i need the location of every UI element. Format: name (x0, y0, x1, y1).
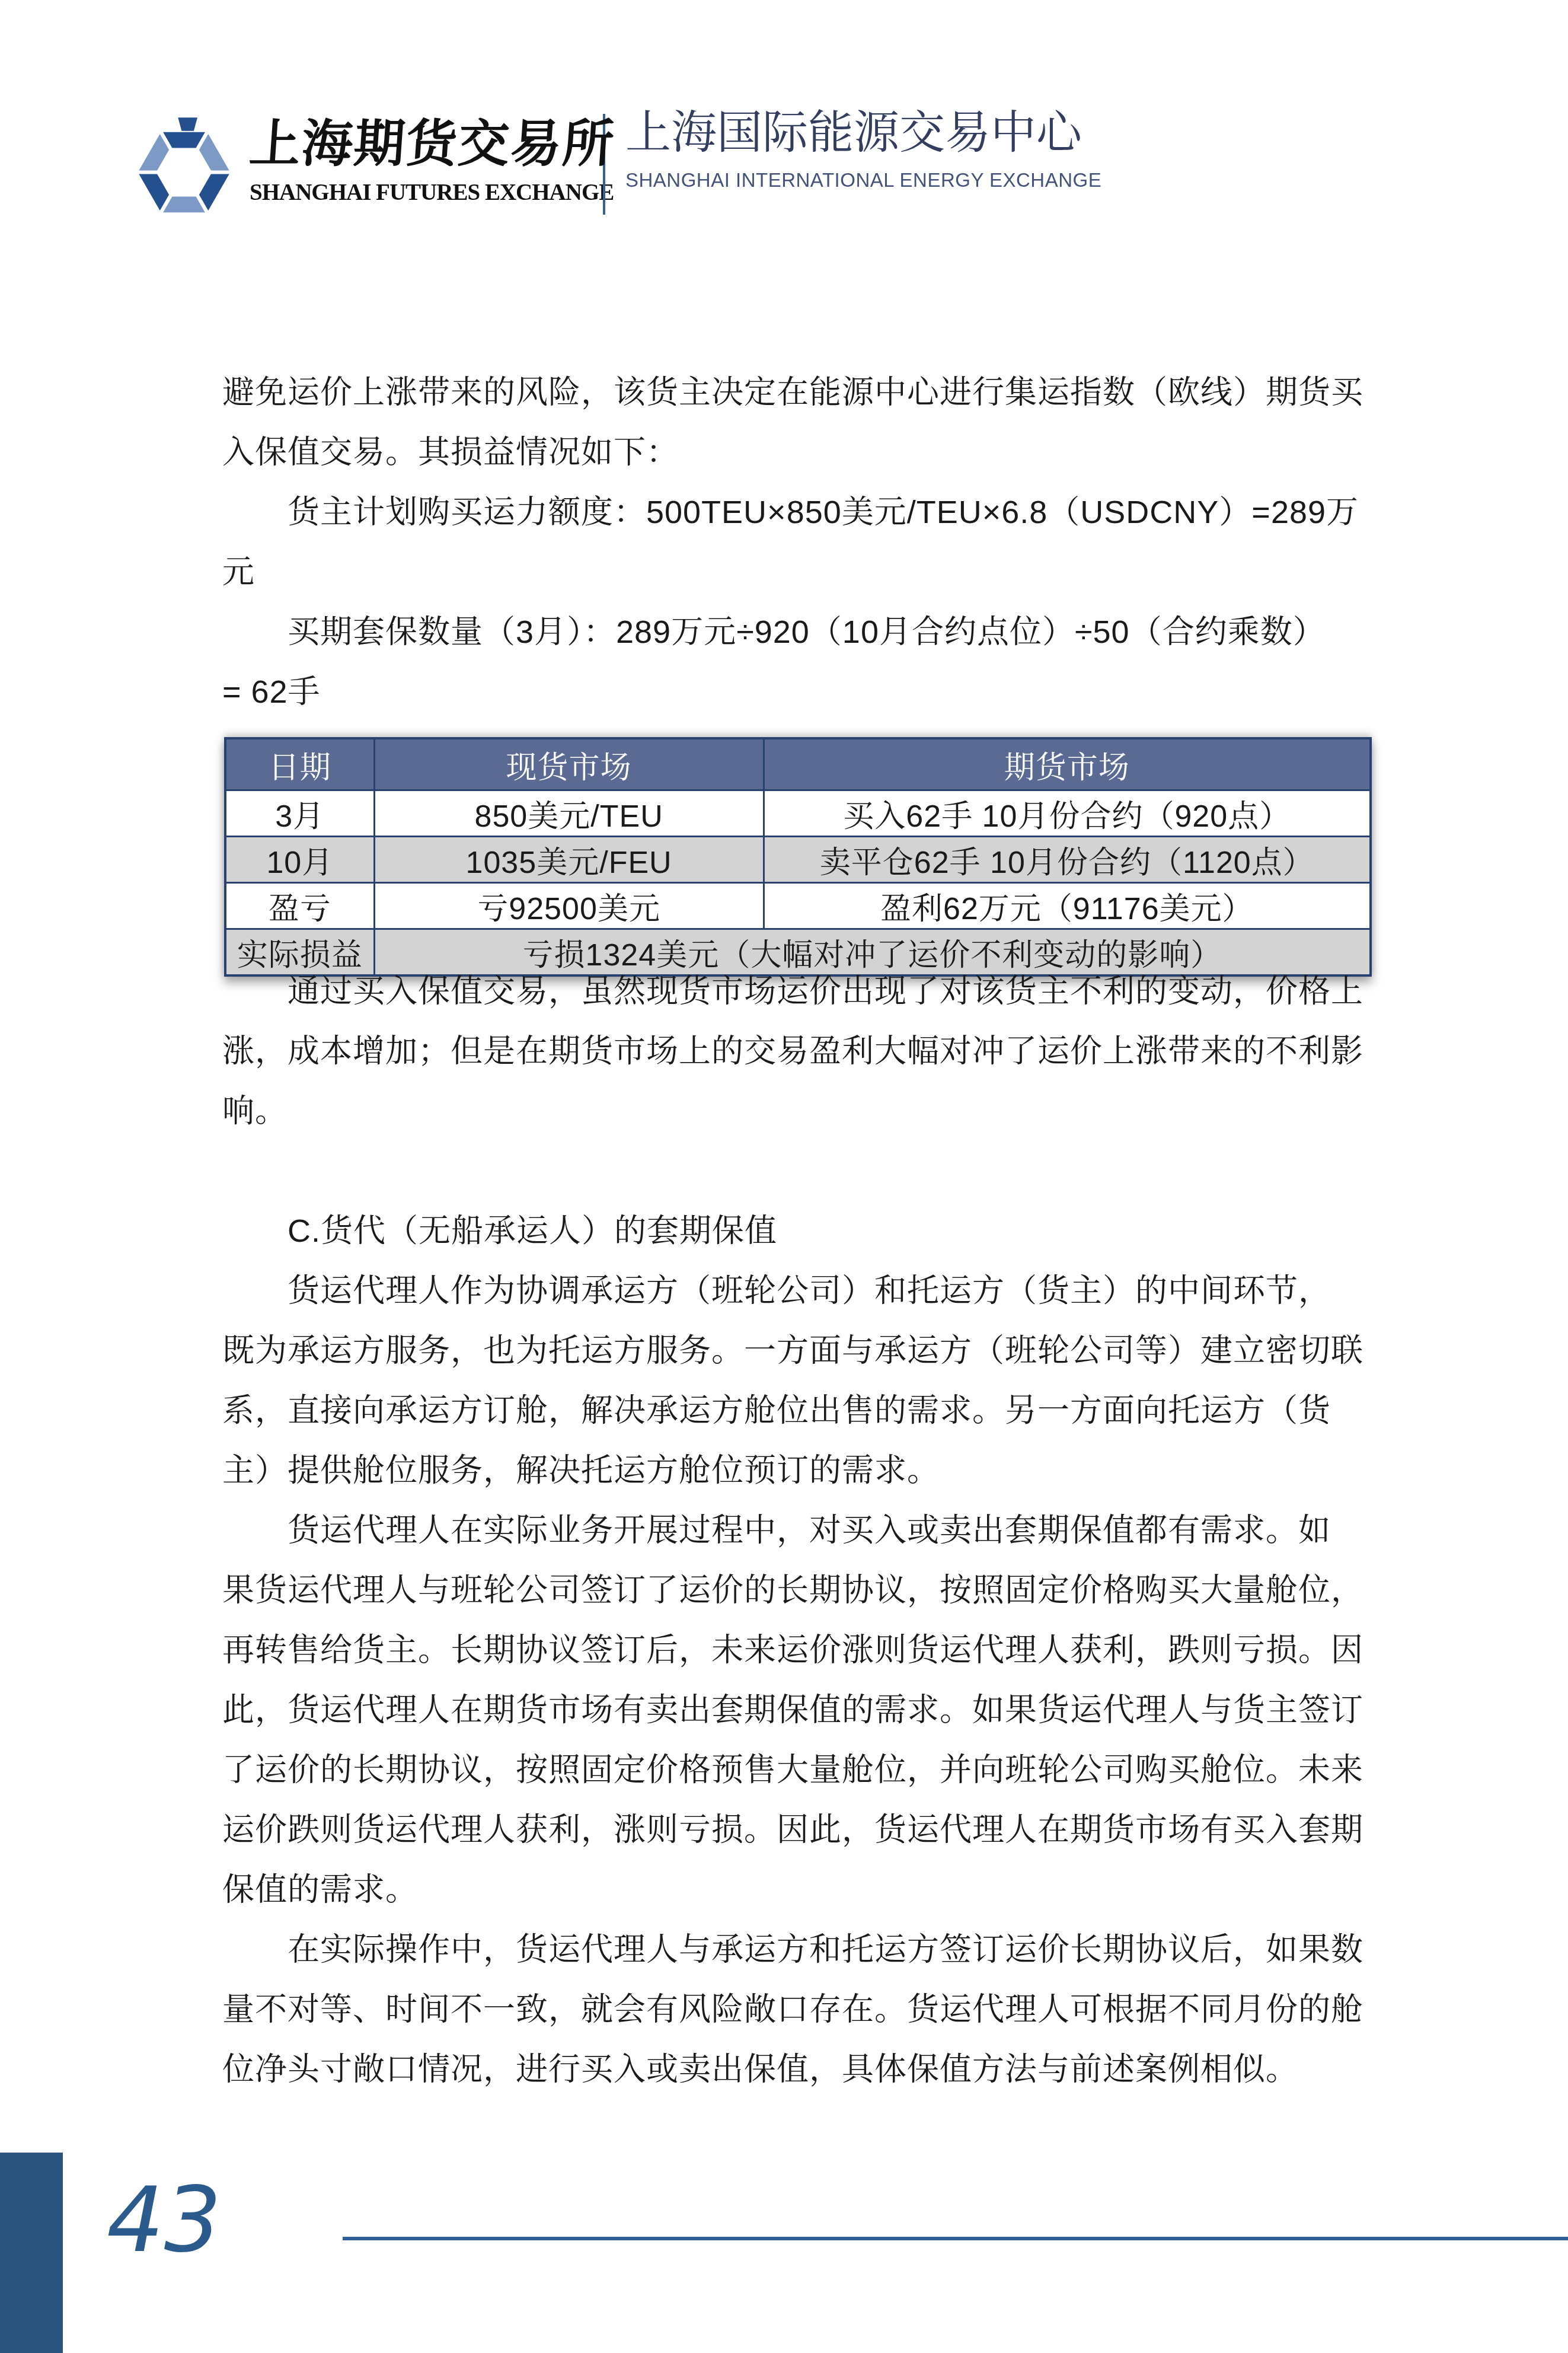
ine-name-en: SHANGHAI INTERNATIONAL ENERGY EXCHANGE (625, 169, 1101, 192)
body-text-line: 入保值交易。其损益情况如下： (222, 423, 1383, 483)
body-text-line: 涨，成本增加；但是在期货市场上的交易盈利大幅对冲了运价上涨带来的不利影 (222, 1022, 1383, 1082)
body-text-line: 元 (222, 543, 1383, 602)
body-text-line: 再转售给货主。长期协议签订后，未来运价涨则货运代理人获利，跌则亏损。因 (222, 1621, 1383, 1681)
table-cell: 亏92500美元 (374, 883, 764, 929)
body-text-line: 了运价的长期协议，按照固定价格预售大量舱位，并向班轮公司购买舱位。未来 (222, 1740, 1383, 1800)
body-text-line: 运价跌则货运代理人获利，涨则亏损。因此，货运代理人在期货市场有买入套期 (222, 1800, 1383, 1860)
body-text-line: 位净头寸敞口情况，进行买入或卖出保值，具体保值方法与前述案例相似。 (222, 2040, 1383, 2100)
table-row: 3月850美元/TEU买入62手 10月份合约（920点） (225, 790, 1371, 837)
body-text-line: 主）提供舱位服务，解决托运方舱位预订的需求。 (222, 1441, 1383, 1501)
page-number: 43 (107, 2175, 221, 2265)
table-cell: 买入62手 10月份合约（920点） (764, 790, 1371, 837)
table-header-cell: 期货市场 (764, 738, 1371, 790)
page-header: 上海期货交易所 SHANGHAI FUTURES EXCHANGE 上海国际能源… (135, 106, 1101, 233)
table-row: 盈亏亏92500美元盈利62万元（91176美元） (225, 883, 1371, 929)
body-text-line (222, 1142, 1383, 1201)
body-text-line: 响。 (222, 1082, 1383, 1142)
table-cell: 10月 (225, 837, 374, 883)
footer-accent-bar (0, 2153, 63, 2353)
table-header-cell: 现货市场 (374, 738, 764, 790)
body-text-line: 在实际操作中，货运代理人与承运方和托运方签订运价长期协议后，如果数 (222, 1920, 1383, 1980)
body-text-upper: 避免运价上涨带来的风险，该货主决定在能源中心进行集运指数（欧线）期货买入保值交易… (222, 363, 1383, 722)
body-text-line: 避免运价上涨带来的风险，该货主决定在能源中心进行集运指数（欧线）期货买 (222, 363, 1383, 423)
table-header-cell: 日期 (225, 738, 374, 790)
footer-rule (343, 2237, 1568, 2240)
body-text-line: 货运代理人在实际业务开展过程中，对买入或卖出套期保值都有需求。如 (222, 1501, 1383, 1561)
shfe-hexagon-logo-icon (135, 111, 233, 233)
body-text-line: = 62手 (222, 662, 1383, 722)
shfe-logo-lockup: 上海期货交易所 SHANGHAI FUTURES EXCHANGE (250, 106, 582, 206)
document-page: 上海期货交易所 SHANGHAI FUTURES EXCHANGE 上海国际能源… (0, 0, 1568, 2353)
table-cell: 850美元/TEU (374, 790, 764, 837)
body-text-line: 通过买入保值交易，虽然现货市场运价出现了对该货主不利的变动，价格上 (222, 962, 1383, 1022)
hedging-table-wrapper: 日期现货市场期货市场 3月850美元/TEU买入62手 10月份合约（920点）… (224, 737, 1372, 977)
body-text-line: 买期套保数量（3月）：289万元÷920（10月合约点位）÷50（合约乘数） (222, 602, 1383, 662)
shfe-name-en: SHANGHAI FUTURES EXCHANGE (250, 179, 582, 206)
table-cell: 盈亏 (225, 883, 374, 929)
body-text-lower: 通过买入保值交易，虽然现货市场运价出现了对该货主不利的变动，价格上涨，成本增加；… (222, 962, 1383, 2100)
shfe-name-zh: 上海期货交易所 (248, 119, 583, 170)
ine-name-zh: 上海国际能源交易中心 (625, 110, 1101, 156)
table-cell: 1035美元/FEU (374, 837, 764, 883)
hedging-table: 日期现货市场期货市场 3月850美元/TEU买入62手 10月份合约（920点）… (224, 737, 1372, 977)
body-text-line: 量不对等、时间不一致，就会有风险敞口存在。货运代理人可根据不同月份的舱 (222, 1980, 1383, 2040)
body-text-line: 系，直接向承运方订舱，解决承运方舱位出售的需求。另一方面向托运方（货 (222, 1381, 1383, 1441)
body-text-line: 货运代理人作为协调承运方（班轮公司）和托运方（货主）的中间环节， (222, 1261, 1383, 1321)
body-text-line: 既为承运方服务，也为托运方服务。一方面与承运方（班轮公司等）建立密切联 (222, 1321, 1383, 1381)
table-cell: 盈利62万元（91176美元） (764, 883, 1371, 929)
body-text-line: 保值的需求。 (222, 1860, 1383, 1920)
body-text-line: 果货运代理人与班轮公司签订了运价的长期协议，按照固定价格购买大量舱位， (222, 1561, 1383, 1621)
body-text-line: 货主计划购买运力额度：500TEU×850美元/TEU×6.8（USDCNY）=… (222, 483, 1383, 543)
body-text-line: C.货代（无船承运人）的套期保值 (222, 1201, 1383, 1261)
table-cell: 卖平仓62手 10月份合约（1120点） (764, 837, 1371, 883)
table-cell: 3月 (225, 790, 374, 837)
body-text-line: 此，货运代理人在期货市场有卖出套期保值的需求。如果货运代理人与货主签订 (222, 1681, 1383, 1740)
ine-logo-lockup: 上海国际能源交易中心 SHANGHAI INTERNATIONAL ENERGY… (625, 110, 1101, 192)
table-header-row: 日期现货市场期货市场 (225, 738, 1371, 790)
table-row: 10月1035美元/FEU卖平仓62手 10月份合约（1120点） (225, 837, 1371, 883)
